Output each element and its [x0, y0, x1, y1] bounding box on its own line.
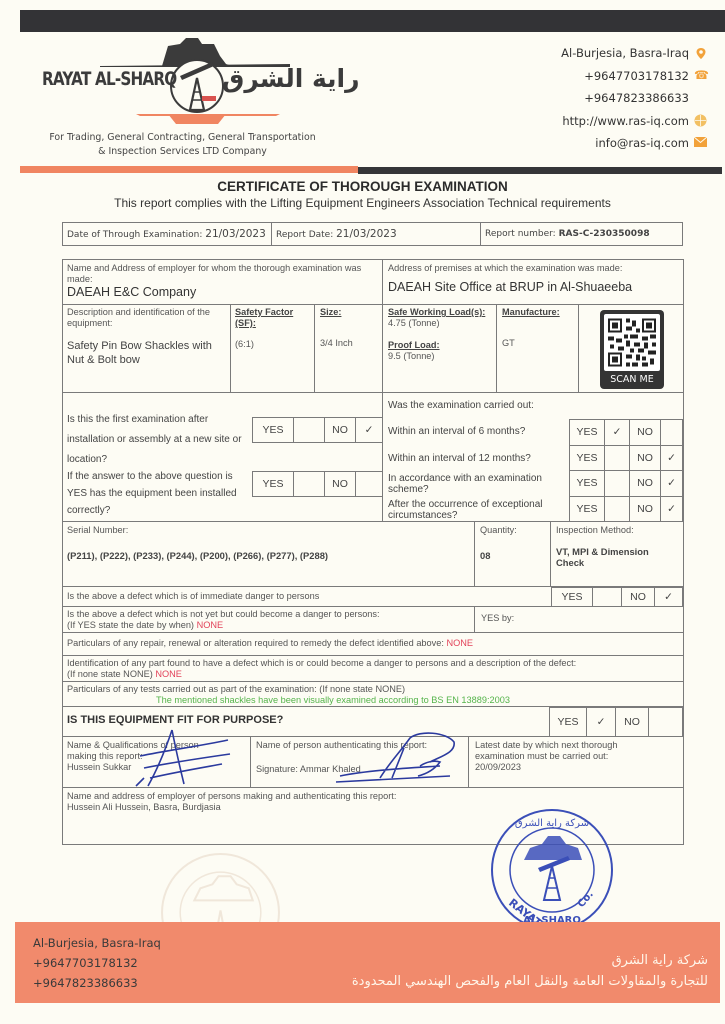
- scheme-yes-box[interactable]: [605, 471, 630, 497]
- contact-email[interactable]: info@ras-iq.com: [561, 132, 707, 155]
- first-exam-yes-box[interactable]: [294, 418, 325, 443]
- contact-address: Al-Burjesia, Basra-Iraq: [561, 42, 707, 65]
- qr-code[interactable]: SCAN ME: [600, 310, 664, 389]
- scan-me-label: SCAN ME: [600, 374, 664, 385]
- first-exam-section: Is this the first examination after inst…: [63, 393, 383, 522]
- company-stamp: RAYAT AL-SHARQ Co. شركة راية الشرق: [490, 808, 614, 932]
- header-accent-bar: [20, 166, 358, 173]
- contact-phone-2[interactable]: +9647823386633: [561, 87, 707, 110]
- logo-text-en: RAYAT AL-SHARQ: [42, 68, 176, 90]
- future-danger-cell: Is the above a defect which is not yet b…: [63, 607, 475, 633]
- employer-cell: Name and Address of employer for whom th…: [63, 260, 383, 305]
- envelope-icon: [694, 137, 707, 150]
- quantity-cell: Quantity: 08: [475, 522, 551, 587]
- svg-text:Co.: Co.: [576, 889, 596, 910]
- phone-icon: ☎: [694, 69, 707, 82]
- manufacture-cell: Manufacture: GT: [497, 305, 579, 393]
- qr-pattern: [604, 314, 660, 371]
- scheme-no-box[interactable]: ✓: [661, 471, 683, 497]
- fit-yes-box[interactable]: ✓: [587, 708, 616, 737]
- tests-row: Particulars of any tests carried out as …: [63, 682, 683, 707]
- premises-cell: Address of premises at which the examina…: [383, 260, 683, 305]
- exceptional-yes-box[interactable]: [605, 496, 630, 522]
- installed-correctly-yes-no: YES NO: [252, 471, 383, 497]
- footer-contact: Al-Burjesia, Basra-Iraq +9647703178132 +…: [33, 933, 161, 993]
- defect-identification-row: Identification of any part found to have…: [63, 656, 683, 682]
- svg-text:شركة راية الشرق: شركة راية الشرق: [515, 818, 589, 829]
- contact-website[interactable]: http://www.ras-iq.com: [561, 110, 707, 133]
- report-dates-bar: Date of Through Examination: 21/03/2023 …: [62, 222, 683, 246]
- interval-6m-no-box[interactable]: [661, 420, 683, 446]
- header-top-bar: [20, 10, 725, 32]
- load-cell: Safe Working Load(s): 4.75 (Tonne) Proof…: [383, 305, 497, 393]
- serial-number-cell: Serial Number: (P211), (P222), (P233), (…: [63, 522, 475, 587]
- logo-text-ar: راية الشرق: [222, 64, 360, 93]
- immediate-yes-box[interactable]: [593, 588, 622, 607]
- inspection-method-cell: Inspection Method: VT, MPI & Dimension C…: [551, 522, 683, 587]
- report-number-cell: Report number: RAS-C-230350098: [481, 223, 683, 246]
- fit-no-box[interactable]: [649, 708, 683, 737]
- immediate-no-box[interactable]: ✓: [655, 588, 683, 607]
- contact-block: Al-Burjesia, Basra-Iraq +9647703178132 ☎…: [561, 42, 707, 155]
- next-exam-date-cell: Latest date by which next thorough exami…: [469, 737, 683, 788]
- immediate-danger-yes-no: YES NO ✓: [551, 587, 683, 607]
- globe-icon: [694, 114, 707, 127]
- first-exam-no-box[interactable]: ✓: [356, 418, 383, 443]
- report-date-cell: Report Date: 21/03/2023: [272, 223, 481, 246]
- fit-for-purpose-yes-no: YES ✓ NO: [549, 707, 683, 737]
- examination-form: Name and Address of employer for whom th…: [62, 259, 684, 845]
- footer-arabic-name: شركة راية الشرق للتجارة والمقاولات العام…: [352, 950, 708, 992]
- location-pin-icon: [694, 47, 707, 60]
- interval-12m-no-box[interactable]: ✓: [661, 445, 683, 471]
- installed-no-box[interactable]: [356, 472, 383, 497]
- equipment-description-cell: Description and identification of the eq…: [63, 305, 231, 393]
- first-exam-yes-no: YES NO ✓: [252, 417, 383, 443]
- interval-yes-no-grid: YES ✓ NO YES NO ✓ YES NO ✓ YES NO ✓: [569, 419, 683, 522]
- size-cell: Size: 3/4 Inch: [315, 305, 383, 393]
- yes-by-cell: YES by:: [475, 607, 683, 633]
- contact-phone-1[interactable]: +9647703178132 ☎: [561, 65, 707, 88]
- exceptional-no-box[interactable]: ✓: [661, 496, 683, 522]
- installed-yes-box[interactable]: [294, 472, 325, 497]
- report-maker-cell: Name & Qualifications of person making t…: [63, 737, 251, 788]
- authenticator-cell: Name of person authenticating this repor…: [251, 737, 469, 788]
- page-footer: Al-Burjesia, Basra-Iraq +9647703178132 +…: [15, 922, 720, 1003]
- certificate-title: CERTIFICATE OF THOROUGH EXAMINATION: [0, 179, 725, 194]
- certificate-subtitle: This report complies with the Lifting Eq…: [0, 196, 725, 210]
- header-dark-bar: [358, 167, 722, 174]
- safety-factor-cell: Safety Factor (SF): (6:1): [231, 305, 315, 393]
- company-tagline: For Trading, General Contracting, Genera…: [40, 131, 325, 159]
- exam-date-cell: Date of Through Examination: 21/03/2023: [63, 223, 272, 246]
- repair-row: Particulars of any repair, renewal or al…: [63, 633, 683, 656]
- interval-12m-yes-box[interactable]: [605, 445, 630, 471]
- interval-6m-yes-box[interactable]: ✓: [605, 420, 630, 446]
